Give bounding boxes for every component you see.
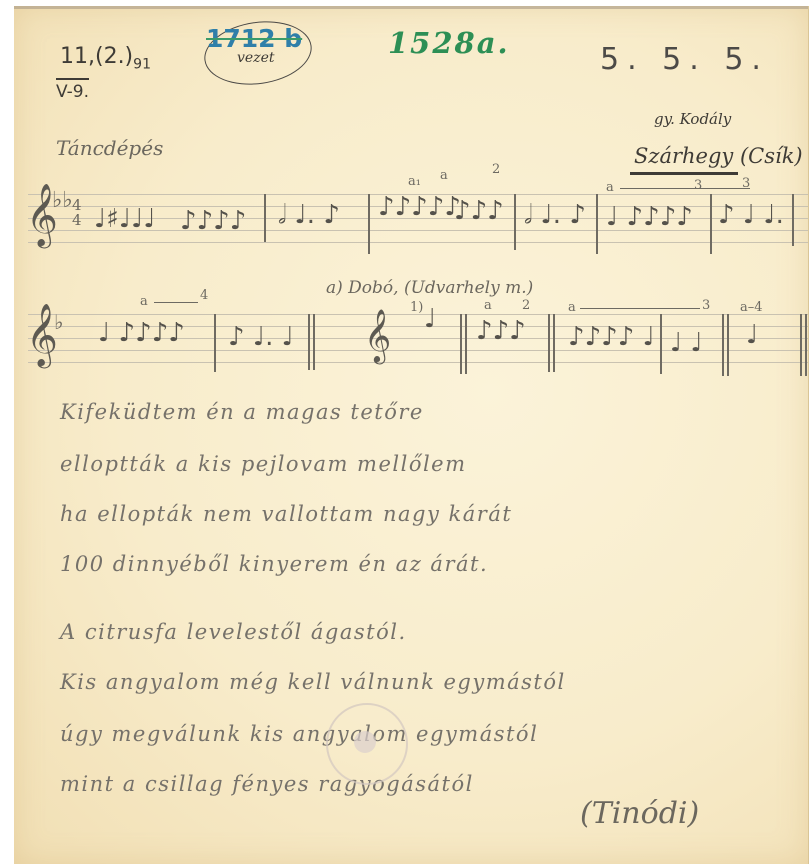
double-barline — [460, 314, 462, 374]
annotation: a — [140, 294, 148, 309]
barline — [514, 194, 516, 250]
note-group: ♩♯♩♩♩ — [94, 206, 156, 232]
barline — [214, 314, 216, 372]
annotation: 3 — [694, 178, 702, 193]
key-signature: ♭ — [54, 310, 63, 334]
annotation: 1) — [410, 300, 423, 315]
note-group: ♩ ♪♪♪♪ — [606, 204, 693, 230]
shelf-subscript: 91 — [133, 56, 151, 72]
barline — [596, 194, 598, 254]
annotation: 4 — [200, 288, 208, 303]
annotation: 3 — [702, 298, 710, 313]
annotation: a — [484, 298, 492, 313]
annotation: a–4 — [740, 300, 763, 315]
staff-1: 𝄞 ♭♭ 4 4 ♩♯♩♩♩ ♪♪♪♪ 𝅗𝅥 ♩. ♪ a₁ a 2 ♪♪♪♪♪… — [28, 194, 808, 256]
library-stamp-icon — [326, 703, 408, 785]
double-barline — [313, 314, 315, 370]
staff-2: 𝄞 ♭ a 4 ♩ ♪♪♪♪ ♪ ♩. ♩ 𝄞 1) ♩ a 2 ♪♪♪ a 3… — [28, 314, 808, 374]
attribution: (Tinódi) — [580, 796, 699, 831]
shelf-mark: 11,(2.)91 — [60, 44, 151, 72]
lyric-line: úgy megválunk kis angyalom egymástól — [60, 722, 538, 746]
note-group: ♩ ♪♪♪♪ — [98, 320, 185, 346]
note-group: ♪♪♪♪ ♩ — [568, 324, 655, 350]
note-group: 𝅗𝅥 ♩. ♪ — [524, 202, 586, 228]
syllable-count: 5. 5. 5. — [600, 42, 769, 77]
treble-clef-icon: 𝄞 — [364, 312, 391, 358]
barline — [368, 194, 370, 254]
shelf-mark-text: 11,(2.) — [60, 44, 133, 69]
lyric-line: Kifeküdtem én a magas tetőre — [60, 400, 424, 424]
annotation: 2 — [492, 162, 500, 177]
double-barline — [800, 314, 802, 376]
barline — [792, 194, 794, 246]
annotation: 3 — [742, 176, 750, 191]
key-signature: ♭♭ — [52, 188, 73, 213]
barline — [264, 194, 266, 242]
double-barline — [553, 314, 555, 372]
annotation: a — [568, 300, 576, 315]
place-of-collection: Szárhegy (Csík) — [634, 144, 803, 168]
annotation: a — [440, 168, 448, 183]
struck-number: 1712 b — [206, 24, 302, 53]
bracket-line — [620, 188, 750, 189]
note-group: ♩ — [746, 322, 758, 348]
barline — [710, 194, 712, 254]
double-barline — [308, 314, 310, 370]
note-group: ♩ — [424, 306, 436, 332]
time-signature-bottom: 4 — [72, 213, 82, 228]
note-group: ♪♪♪ — [476, 318, 526, 344]
note-group: ♪ ♩ ♩. — [718, 202, 784, 228]
double-barline — [722, 314, 724, 376]
lyric-line: ha ellopták nem vallottam nagy kárát — [60, 502, 512, 526]
place-underline — [630, 172, 738, 175]
annotation: 2 — [522, 298, 530, 313]
lyric-line: A citrusfa levelestől ágastól. — [60, 620, 407, 644]
note-group: ♪♪♪♪ — [180, 208, 246, 234]
bracket-line — [580, 308, 700, 309]
catalog-number: 1528a. — [388, 26, 510, 60]
barline — [660, 314, 662, 374]
lyric-line: elloptták a kis pejlovam mellőlem — [60, 452, 467, 476]
double-barline — [805, 314, 807, 376]
annotation: a — [606, 180, 614, 195]
note-group: ♪♪♪ — [454, 198, 504, 224]
note-group: ♩ ♩ — [670, 330, 703, 356]
annotation: a₁ — [408, 174, 421, 189]
note-group: ♪♪♪♪♪ — [378, 194, 461, 220]
time-signature: 4 4 — [72, 198, 82, 228]
shelf-date: V-9. — [56, 78, 89, 102]
double-barline — [727, 314, 729, 376]
song-title: Táncdépés — [56, 136, 163, 160]
collector: gy. Kodály — [654, 110, 731, 128]
lyric-line: 100 dinnyéből kinyerem én az árát. — [60, 552, 488, 576]
note-group: ♪ ♩. ♩ — [228, 324, 294, 350]
bracket-line — [154, 302, 198, 303]
double-barline — [548, 314, 550, 372]
note-group: 𝅗𝅥 ♩. ♪ — [278, 202, 340, 228]
lyric-line: Kis angyalom még kell válnunk egymástól — [60, 670, 566, 694]
double-barline — [465, 314, 467, 374]
struck-number-note: vezet — [237, 50, 274, 66]
lyric-line: mint a csillag fényes ragyogásától — [60, 772, 474, 796]
variant-label: a) Dobó, (Udvarhely m.) — [326, 278, 533, 298]
manuscript-page: 11,(2.)91 V-9. 1712 b vezet 1528a. 5. 5.… — [14, 6, 809, 864]
